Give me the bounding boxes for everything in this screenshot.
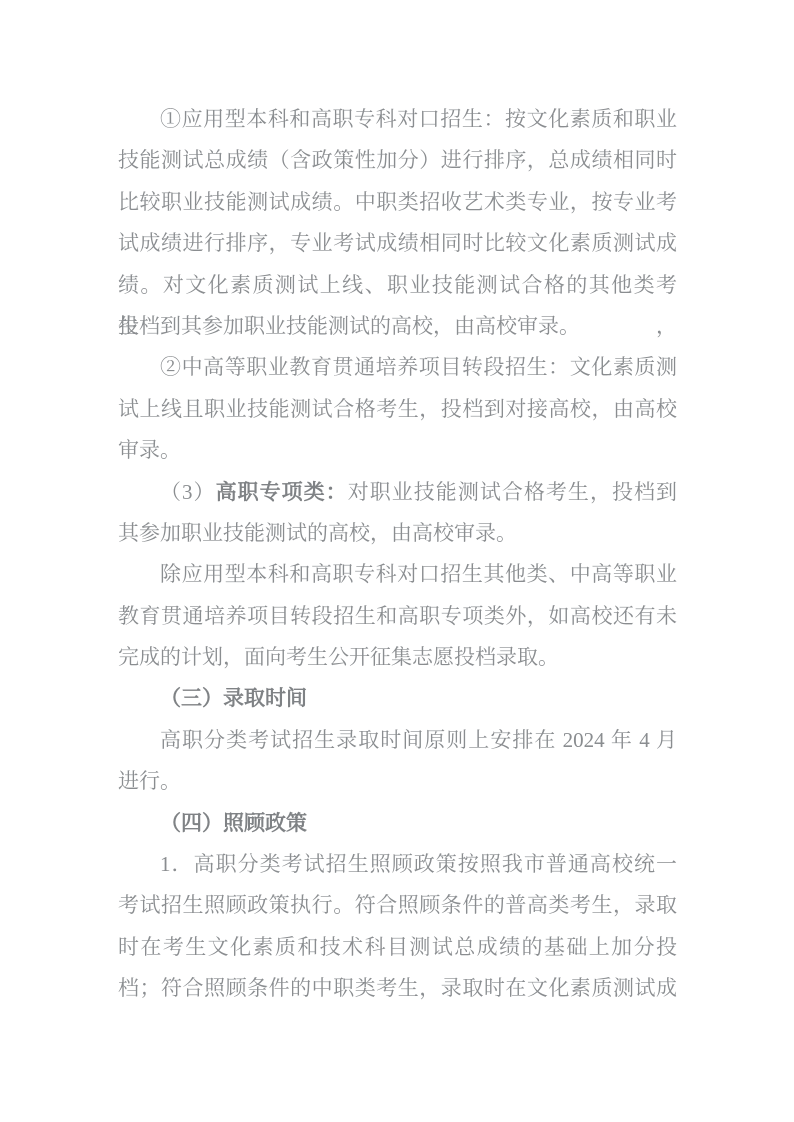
text-line: ②中高等职业教育贯通培养项目转段招生：文化素质测	[118, 347, 677, 388]
text-line: 完成的计划，面向考生公开征集志愿投档录取。	[118, 637, 677, 678]
paragraph-vocational-special-category: （3）高职专项类：对职业技能测试合格考生，投档到 其参加职业技能测试的高校，由高…	[118, 472, 677, 555]
text-line: 1．高职分类考试招生照顾政策按照我市普通高校统一	[118, 844, 677, 885]
text-line: 试成绩进行排序，专业考试成绩相同时比较文化素质测试成	[118, 223, 677, 264]
paragraph-through-training-transfer: ②中高等职业教育贯通培养项目转段招生：文化素质测 试上线且职业技能测试合格考生，…	[118, 347, 677, 471]
section-heading: （三）录取时间	[118, 678, 677, 719]
text-line: 高职分类考试招生录取时间原则上安排在 2024 年 4 月	[118, 720, 677, 761]
text-line: 比较职业技能测试成绩。中职类招收艺术类专业，按专业考	[118, 182, 677, 223]
text-run-bold: 高职专项类：	[216, 480, 348, 504]
text-line: 时在考生文化素质和技术科目测试总成绩的基础上加分投	[118, 927, 677, 968]
text-line: 技能测试总成绩（含政策性加分）进行排序，总成绩相同时	[118, 140, 677, 181]
paragraph-preferential-policy-detail: 1．高职分类考试招生照顾政策按照我市普通高校统一 考试招生照顾政策执行。符合照顾…	[118, 844, 677, 1010]
text-line: 考试招生照顾政策执行。符合照顾条件的普高类考生，录取	[118, 885, 677, 926]
text-line: （3）高职专项类：对职业技能测试合格考生，投档到	[118, 472, 677, 513]
paragraph-applied-undergrad-admission: ①应用型本科和高职专科对口招生：按文化素质和职业 技能测试总成绩（含政策性加分）…	[118, 99, 677, 347]
text-run: 对职业技能测试合格考生，投档到	[348, 480, 677, 504]
text-line: 审录。	[118, 430, 677, 471]
section-heading-admission-time: （三）录取时间	[118, 678, 677, 719]
document-page: ①应用型本科和高职专科对口招生：按文化素质和职业 技能测试总成绩（含政策性加分）…	[0, 0, 794, 1122]
text-line: 其参加职业技能测试的高校，由高校审录。	[118, 513, 677, 554]
text-line: 试上线且职业技能测试合格考生，投档到对接高校，由高校	[118, 389, 677, 430]
section-heading-preferential-policy: （四）照顾政策	[118, 803, 677, 844]
text-line: 除应用型本科和高职专科对口招生其他类、中高等职业	[118, 554, 677, 595]
paragraph-open-solicitation: 除应用型本科和高职专科对口招生其他类、中高等职业 教育贯通培养项目转段招生和高职…	[118, 554, 677, 678]
text-line: 绩。对文化素质测试上线、职业技能测试合格的其他类考生，	[118, 265, 677, 306]
text-line: 教育贯通培养项目转段招生和高职专项类外，如高校还有未	[118, 596, 677, 637]
text-run: （3）	[160, 480, 216, 504]
text-line: 进行。	[118, 761, 677, 802]
document-content: ①应用型本科和高职专科对口招生：按文化素质和职业 技能测试总成绩（含政策性加分）…	[118, 99, 677, 1010]
text-line: ①应用型本科和高职专科对口招生：按文化素质和职业	[118, 99, 677, 140]
paragraph-admission-time-detail: 高职分类考试招生录取时间原则上安排在 2024 年 4 月 进行。	[118, 720, 677, 803]
text-line: 档；符合照顾条件的中职类考生，录取时在文化素质测试成	[118, 968, 677, 1009]
section-heading: （四）照顾政策	[118, 803, 677, 844]
